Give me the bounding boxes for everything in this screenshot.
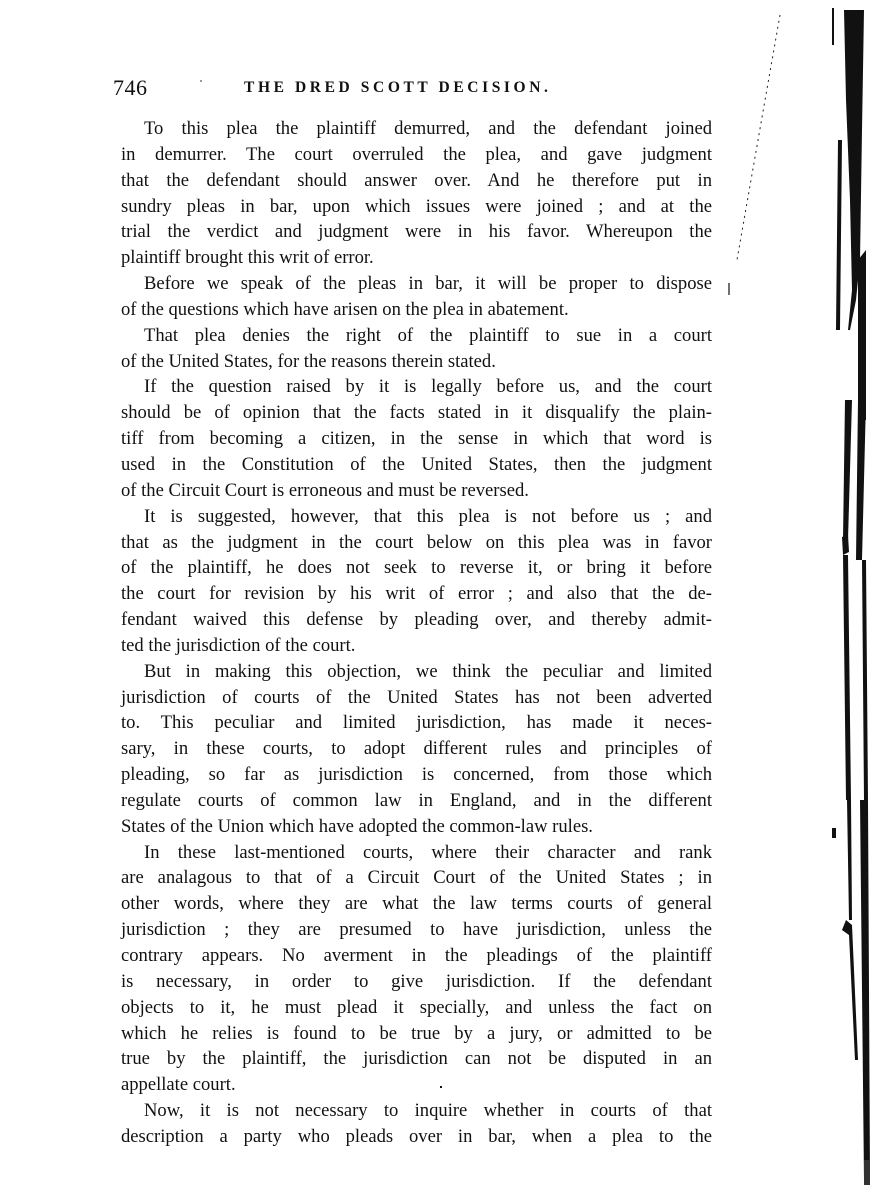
- text-line: that as the judgment in the court below …: [121, 530, 712, 556]
- text-line: It is suggested, however, that this plea…: [121, 504, 712, 530]
- text-line: objects to it, he must plead it speciall…: [121, 995, 712, 1021]
- text-line: tiff from becoming a citizen, in the sen…: [121, 426, 712, 452]
- text-line: should be of opinion that the facts stat…: [121, 400, 712, 426]
- text-line: regulate courts of common law in England…: [121, 788, 712, 814]
- text-line: That plea denies the right of the plaint…: [121, 323, 712, 349]
- text-line: other words, where they are what the law…: [121, 891, 712, 917]
- text-line: of the Circuit Court is erroneous and mu…: [121, 478, 712, 504]
- page-curl-line: [725, 0, 785, 300]
- text-line: of the questions which have arisen on th…: [121, 297, 712, 323]
- text-line: Before we speak of the pleas in bar, it …: [121, 271, 712, 297]
- text-line: trial the verdict and judgment were in h…: [121, 219, 712, 245]
- text-line: used in the Constitution of the United S…: [121, 452, 712, 478]
- text-line: which he relies is found to be true by a…: [121, 1021, 712, 1047]
- book-binding-edge: [816, 0, 876, 1200]
- text-line: If the question raised by it is legally …: [121, 374, 712, 400]
- text-line: sundry pleas in bar, upon which issues w…: [121, 194, 712, 220]
- text-line: is necessary, in order to give jurisdict…: [121, 969, 712, 995]
- text-line: to. This peculiar and limited jurisdicti…: [121, 710, 712, 736]
- text-line: contrary appears. No averment in the ple…: [121, 943, 712, 969]
- text-line: in demurrer. The court overruled the ple…: [121, 142, 712, 168]
- text-line: jurisdiction of courts of the United Sta…: [121, 685, 712, 711]
- running-head: 746 THE DRED SCOTT DECISION.: [113, 74, 593, 102]
- text-line: description a party who pleads over in b…: [121, 1124, 712, 1150]
- text-line: appellate court.: [121, 1072, 712, 1098]
- text-line: are analagous to that of a Circuit Court…: [121, 865, 712, 891]
- text-line: States of the Union which have adopted t…: [121, 814, 712, 840]
- ink-speck: [440, 1086, 442, 1088]
- scanned-book-page: 746 THE DRED SCOTT DECISION. To this ple…: [0, 0, 876, 1200]
- text-line: plaintiff brought this writ of error.: [121, 245, 712, 271]
- page-number: 746: [113, 74, 148, 102]
- text-line: of the United States, for the reasons th…: [121, 349, 712, 375]
- text-line: the court for revision by his writ of er…: [121, 581, 712, 607]
- text-line: In these last-mentioned courts, where th…: [121, 840, 712, 866]
- body-text: To this plea the plaintiff demurred, and…: [121, 116, 712, 1150]
- text-line: To this plea the plaintiff demurred, and…: [121, 116, 712, 142]
- text-line: true by the plaintiff, the jurisdiction …: [121, 1046, 712, 1072]
- text-line: fendant waived this defense by pleading …: [121, 607, 712, 633]
- ink-speck: [832, 828, 836, 838]
- text-line: of the plaintiff, he does not seek to re…: [121, 555, 712, 581]
- text-line: ted the jurisdiction of the court.: [121, 633, 712, 659]
- text-line: Now, it is not necessary to inquire whet…: [121, 1098, 712, 1124]
- text-line: But in making this objection, we think t…: [121, 659, 712, 685]
- text-line: jurisdiction ; they are presumed to have…: [121, 917, 712, 943]
- ink-speck: [200, 80, 202, 82]
- text-line: pleading, so far as jurisdiction is conc…: [121, 762, 712, 788]
- text-line: sary, in these courts, to adopt differen…: [121, 736, 712, 762]
- text-line: that the defendant should answer over. A…: [121, 168, 712, 194]
- running-head-title: THE DRED SCOTT DECISION.: [244, 76, 551, 100]
